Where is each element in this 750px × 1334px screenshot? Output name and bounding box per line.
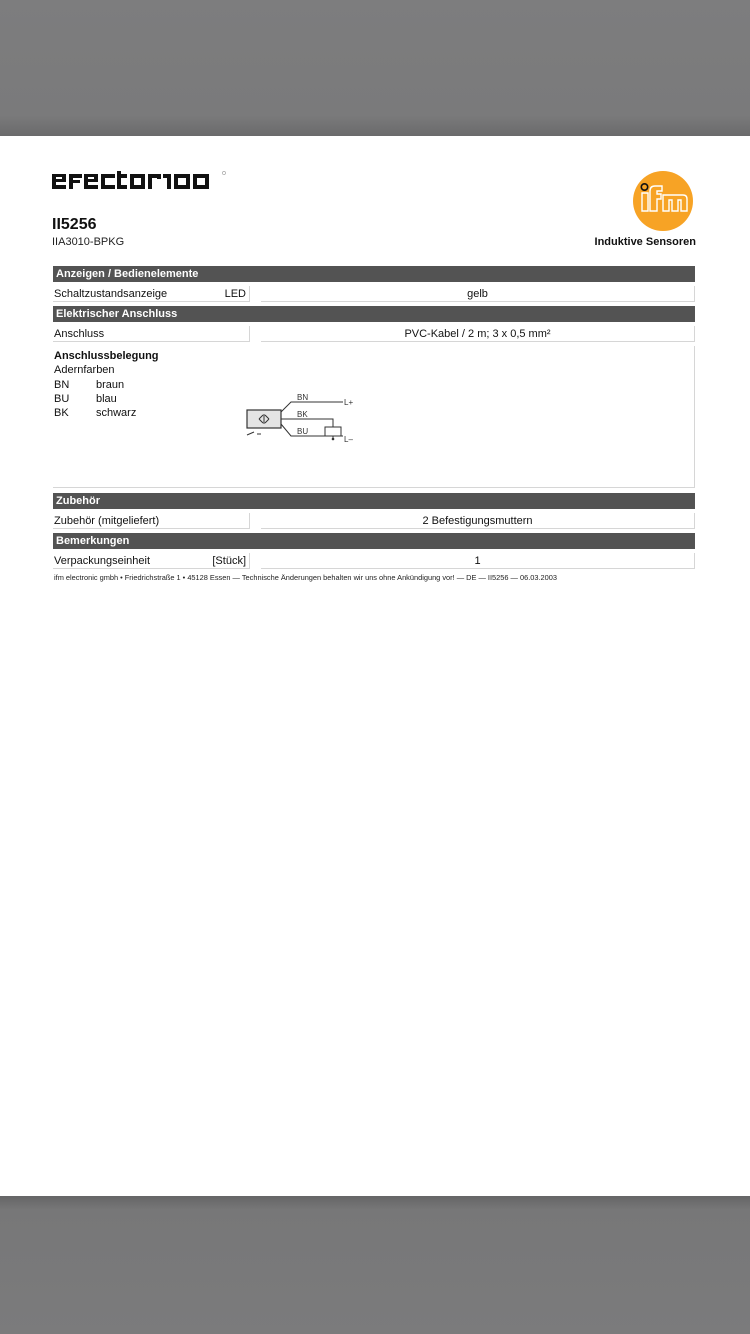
wire-color: blau [96,393,117,405]
row-unit: [Stück] [212,553,246,569]
table-row: Verpackungseinheit [Stück] 1 [53,553,695,569]
table-row: Zubehör (mitgeliefert) 2 Befestigungsmut… [53,513,695,529]
table-row: Anschluss PVC-Kabel / 2 m; 3 x 0,5 mm² [53,326,695,342]
row-value: gelb [261,286,695,302]
diagram-label-bk: BK [297,410,308,419]
diagram-label-lminus: L– [344,435,353,444]
wire-code: BK [54,407,94,419]
datasheet-table: Anzeigen / Bedienelemente Schaltzustands… [53,266,695,582]
row-value: 1 [261,553,695,569]
diagram-label-bn: BN [297,393,308,402]
efector100-logo [52,171,227,189]
section-header-display: Anzeigen / Bedienelemente [53,266,695,282]
diagram-label-bu: BU [297,427,308,436]
viewer-bottom-margin [0,1196,750,1334]
ifm-logo [632,170,694,232]
section-header-electrical: Elektrischer Anschluss [53,306,695,322]
diagram-label-lplus: L+ [344,398,353,407]
table-row: Schaltzustandsanzeige LED gelb [53,286,695,302]
product-code: II5256 [52,216,96,234]
section-header-remarks: Bemerkungen [53,533,695,549]
row-value: 2 Befestigungsmuttern [261,513,695,529]
wire-code: BU [54,393,94,405]
section-header-accessories: Zubehör [53,493,695,509]
wiring-title: Anschlussbelegung [54,350,159,362]
wire-color: schwarz [96,407,136,419]
datasheet-page: II5256 IIA3010-BPKG Induktive Sensoren A… [0,136,750,1196]
product-category: Induktive Sensoren [595,236,696,248]
page-footer: ifm electronic gmbh • Friedrichstraße 1 … [53,573,695,582]
row-label: Schaltzustandsanzeige LED [53,286,250,302]
wire-color: braun [96,379,124,391]
wiring-diagram: BN BK BU L+ L– [243,390,363,446]
wiring-block: Anschlussbelegung Adernfarben BN braun B… [53,346,695,488]
row-label: Verpackungseinheit [Stück] [53,553,250,569]
row-label: Anschluss [53,326,250,342]
product-article-number: IIA3010-BPKG [52,236,124,248]
wiring-subtitle: Adernfarben [54,364,115,376]
row-value: PVC-Kabel / 2 m; 3 x 0,5 mm² [261,326,695,342]
row-unit: LED [225,286,246,302]
wire-code: BN [54,379,94,391]
viewer-top-margin [0,0,750,136]
row-label: Zubehör (mitgeliefert) [53,513,250,529]
